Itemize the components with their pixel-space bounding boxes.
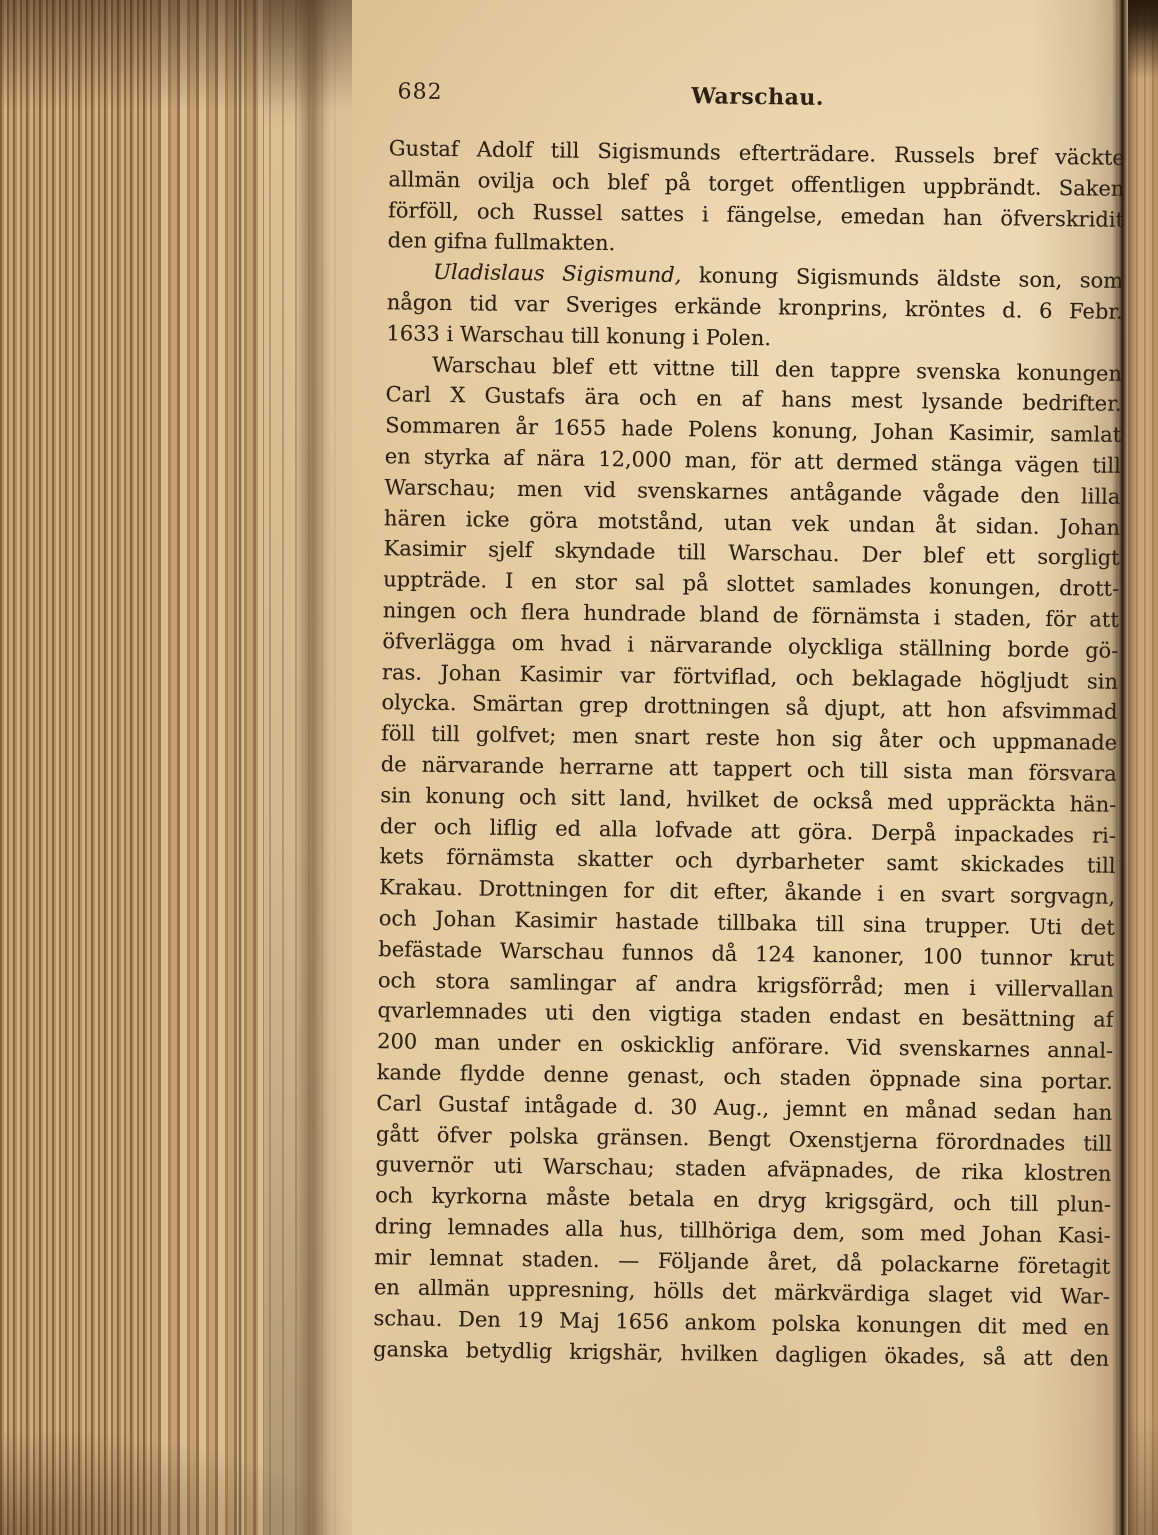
page-content: 682 Warschau. Gustaf Adolf till Sigismun… bbox=[373, 79, 1126, 1374]
page-text: Gustaf Adolf till Sigismunds efterträdar… bbox=[373, 133, 1125, 1374]
book-page-scan: 682 Warschau. Gustaf Adolf till Sigismun… bbox=[0, 0, 1158, 1535]
running-header: Warschau. bbox=[389, 79, 1125, 115]
page-header: 682 Warschau. bbox=[389, 79, 1125, 121]
page-number: 682 bbox=[397, 79, 442, 105]
italic-lead: Uladislaus Sigismund, bbox=[433, 260, 681, 287]
next-page-edge bbox=[1128, 0, 1158, 1535]
book-fore-edge-texture bbox=[0, 0, 352, 1535]
